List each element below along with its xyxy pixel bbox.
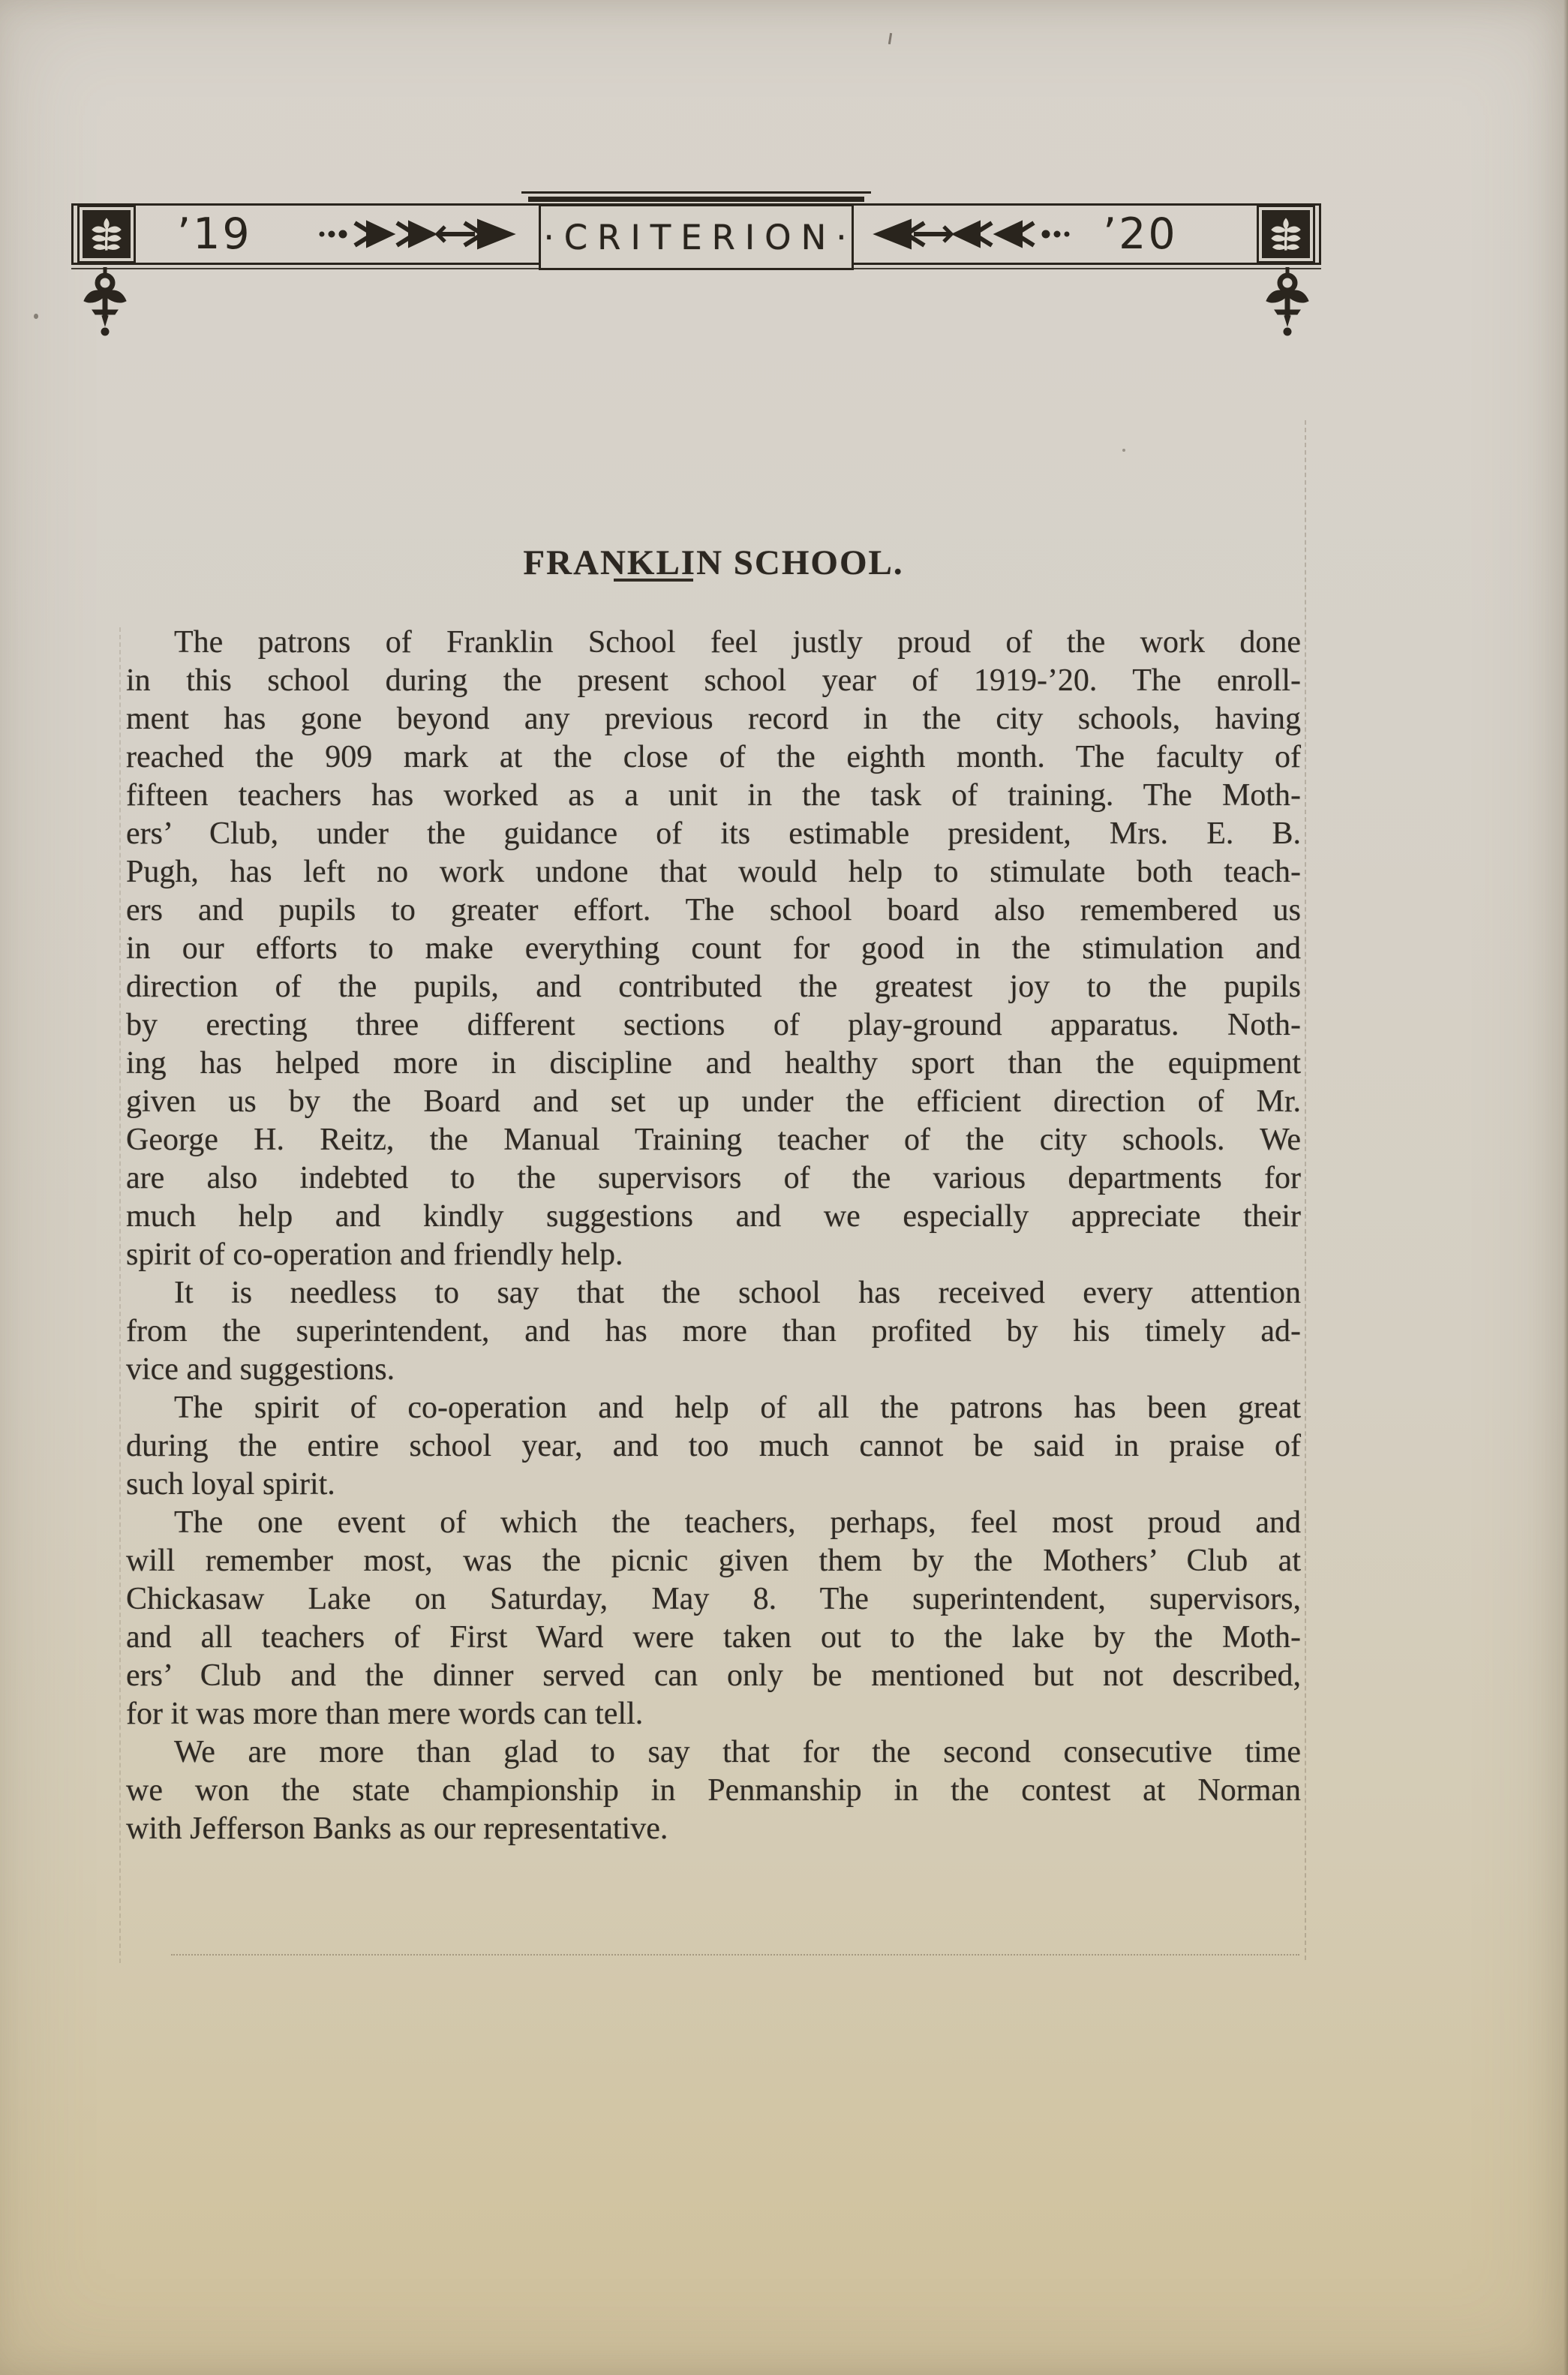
text-line: Chickasaw Lake on Saturday, May 8. The s…: [126, 1580, 1301, 1619]
paragraph: The one event of which the teachers, per…: [126, 1504, 1301, 1733]
page-edge-shadow: [1563, 0, 1568, 2375]
text-line: by erecting three different sections of …: [126, 1006, 1301, 1045]
fleur-pendant-icon: [83, 267, 127, 339]
text-line: such loyal spirit.: [126, 1466, 1301, 1504]
text-line: much help and kindly suggestions and we …: [126, 1198, 1301, 1236]
title-rule: [614, 579, 693, 582]
masthead-title-box: ·CRITERION·: [520, 191, 873, 270]
paragraph: The spirit of co-operation and help of a…: [126, 1389, 1301, 1504]
leaf-icon: [88, 215, 125, 253]
text-line: It is needless to say that the school ha…: [126, 1274, 1301, 1312]
text-line: for it was more than mere words can tell…: [126, 1695, 1301, 1733]
text-line: George H. Reitz, the Manual Training tea…: [126, 1121, 1301, 1159]
text-line: from the superintendent, and has more th…: [126, 1312, 1301, 1351]
text-line: ers’ Club and the dinner served can only…: [126, 1657, 1301, 1695]
masthead-banner: ’19 ·CRITERION·: [71, 203, 1321, 265]
paragraph: It is needless to say that the school ha…: [126, 1274, 1301, 1389]
text-line: in our efforts to make everything count …: [126, 930, 1301, 968]
text-line: with Jefferson Banks as our representati…: [126, 1810, 1301, 1848]
scanned-yearbook-page: { "header": { "year_left": "\u201919", "…: [0, 0, 1568, 2375]
scan-speck: [888, 33, 892, 44]
text-line: direction of the pupils, and contributed…: [126, 968, 1301, 1006]
scan-guide-line-right: [1305, 420, 1306, 1960]
text-line: we won the state championship in Penmans…: [126, 1772, 1301, 1810]
triple-arrows-left-icon: [867, 212, 1071, 257]
text-line: fifteen teachers has worked as a unit in…: [126, 777, 1301, 815]
text-line: in this school during the present school…: [126, 662, 1301, 700]
text-line: The one event of which the teachers, per…: [126, 1504, 1301, 1542]
masthead-frame: ·CRITERION·: [539, 204, 854, 270]
page-title: FRANKLIN SCHOOL.: [126, 543, 1301, 583]
text-line: Pugh, has left no work undone that would…: [126, 853, 1301, 891]
scan-speck: [1122, 449, 1125, 452]
fleur-pendant-icon: [1266, 267, 1309, 339]
leaf-block-ornament-right: [1257, 205, 1315, 263]
scan-guide-line-left: [119, 627, 121, 1963]
text-line: during the entire school year, and too m…: [126, 1427, 1301, 1466]
masthead-cap-line: [528, 197, 864, 202]
year-right: ’20: [1103, 209, 1178, 259]
triple-arrows-right-icon: [317, 212, 521, 257]
leaf-block-ornament-left: [77, 205, 136, 263]
masthead-text: ·CRITERION·: [536, 218, 856, 257]
text-line: reached the 909 mark at the close of the…: [126, 738, 1301, 777]
year-left: ’19: [177, 209, 252, 259]
text-line: ers’ Club, under the guidance of its est…: [126, 815, 1301, 853]
text-line: The spirit of co-operation and help of a…: [126, 1389, 1301, 1427]
text-line: and all teachers of First Ward were take…: [126, 1619, 1301, 1657]
text-line: We are more than glad to say that for th…: [126, 1733, 1301, 1772]
text-line: ers and pupils to greater effort. The sc…: [126, 891, 1301, 930]
leaf-block-inner: [83, 210, 131, 258]
text-line: The patrons of Franklin School feel just…: [126, 624, 1301, 662]
leaf-block-inner: [1262, 210, 1310, 258]
article-body: The patrons of Franklin School feel just…: [126, 624, 1301, 1848]
scan-speck: [34, 314, 38, 319]
paragraph: We are more than glad to say that for th…: [126, 1733, 1301, 1848]
leaf-icon: [1267, 215, 1305, 253]
text-line: given us by the Board and set up under t…: [126, 1083, 1301, 1121]
text-line: vice and suggestions.: [126, 1351, 1301, 1389]
text-line: spirit of co-operation and friendly help…: [126, 1236, 1301, 1274]
scan-dotted-rule: [171, 1954, 1299, 1956]
text-line: are also indebted to the supervisors of …: [126, 1159, 1301, 1198]
paragraph: The patrons of Franklin School feel just…: [126, 624, 1301, 1274]
text-line: ment has gone beyond any previous record…: [126, 700, 1301, 738]
text-line: will remember most, was the picnic given…: [126, 1542, 1301, 1580]
masthead-cap-line: [521, 191, 871, 194]
text-line: ing has helped more in discipline and he…: [126, 1045, 1301, 1083]
